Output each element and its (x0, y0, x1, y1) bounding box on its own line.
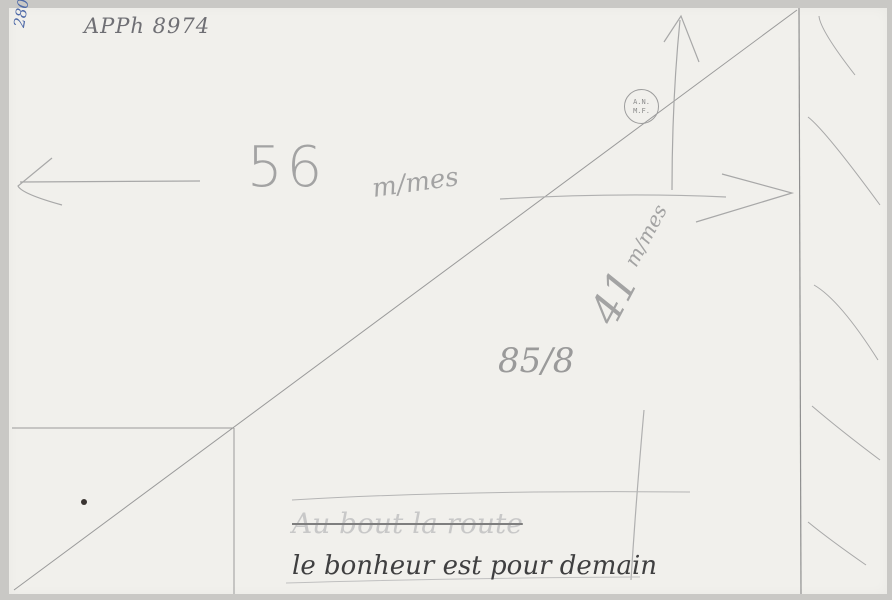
width-arrow-right-shaft (500, 195, 726, 199)
right-border-line (799, 8, 801, 594)
diagonal-line (14, 10, 797, 590)
width-measure: 56 (247, 140, 326, 196)
margin-tick (819, 16, 855, 75)
stamp-line-2: M.F. (633, 107, 650, 115)
archive-stamp-icon: A.N. M.F. (624, 89, 659, 124)
width-arrow-right-head-icon (696, 174, 792, 222)
height-arrow-up-shaft (672, 20, 680, 190)
caption-title: le bonheur est pour demain (292, 553, 657, 579)
width-arrow-left-shaft (20, 181, 200, 182)
ink-dot (81, 499, 87, 505)
struck-title: Au bout la route (292, 510, 523, 538)
margin-tick (812, 406, 880, 460)
caption-guideline-top (292, 492, 690, 500)
margin-tick (814, 285, 878, 360)
stamp-line-1: A.N. (633, 98, 650, 106)
height-arrow-up-head-icon (664, 16, 699, 62)
margin-tick (808, 117, 880, 205)
reference-number: 85/8 (498, 344, 574, 378)
inventory-number: APPh 8974 (84, 16, 210, 37)
margin-tick (808, 522, 866, 565)
